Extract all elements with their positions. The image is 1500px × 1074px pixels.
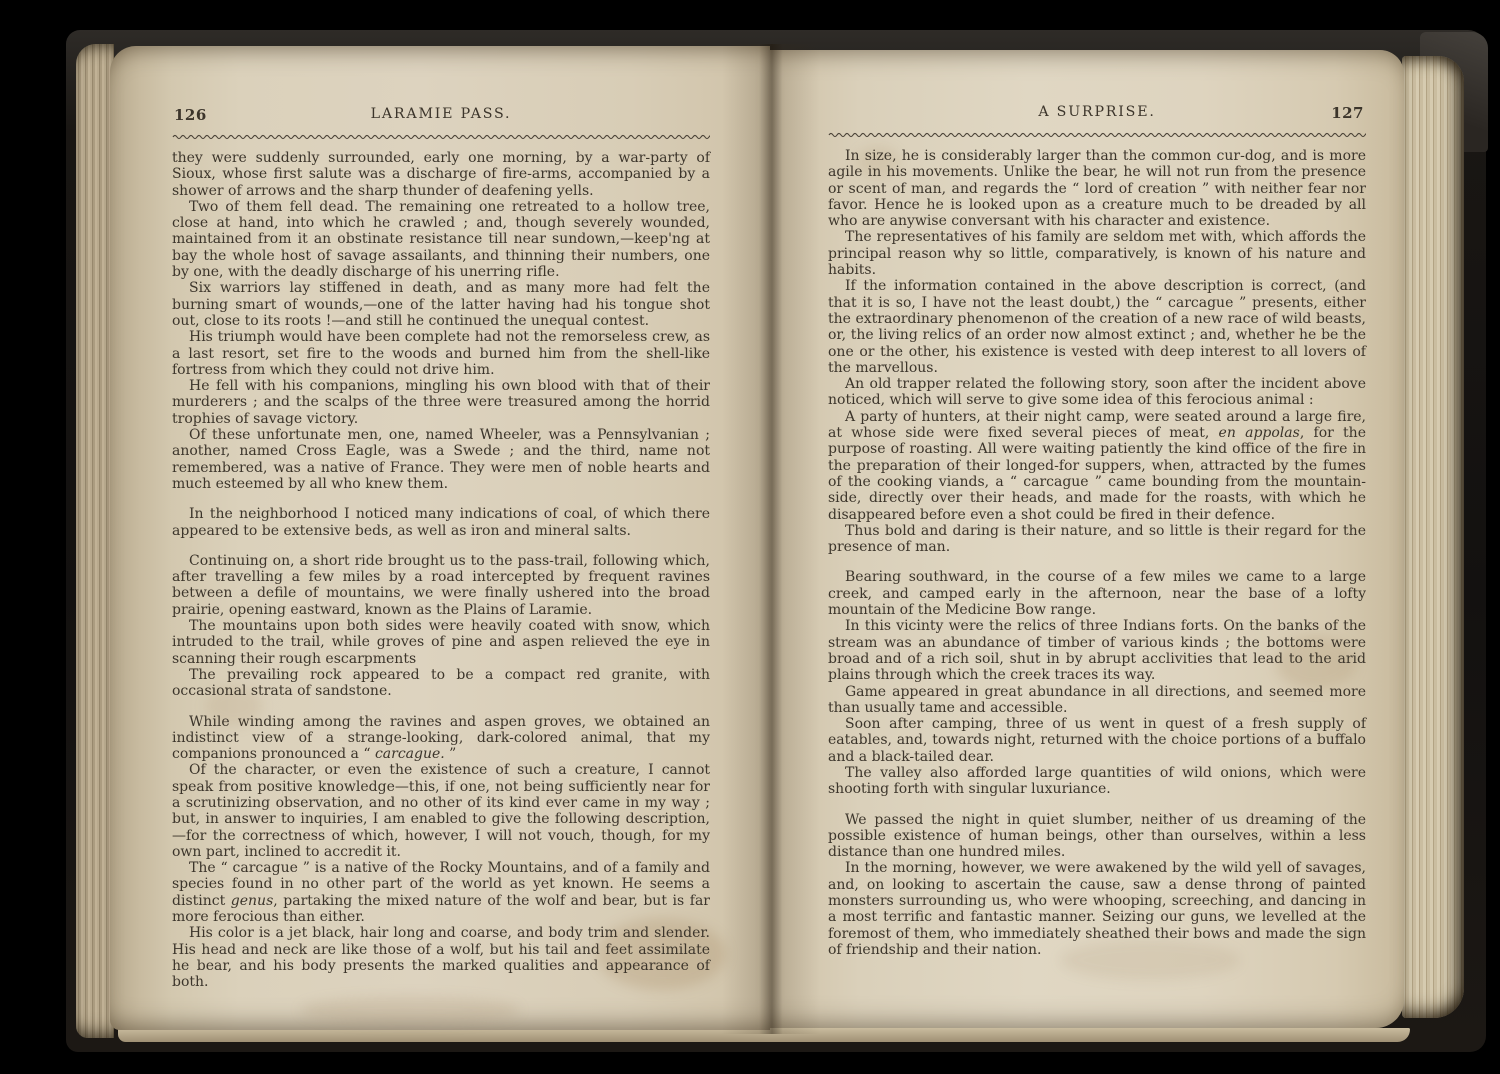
turned-pages-edge-left: [76, 44, 114, 1038]
fore-edge-pages-right: [1402, 56, 1464, 1018]
book-scan-scene: 126 LARAMIE PASS. they were suddenly sur…: [0, 0, 1500, 1074]
page-number-left: 126: [174, 106, 207, 124]
paragraph: He fell with his companions, mingling hi…: [172, 378, 710, 427]
paragraph: We passed the night in quiet slumber, ne…: [828, 812, 1366, 861]
paragraph: An old trapper related the following sto…: [828, 376, 1366, 409]
left-page-text: 126 LARAMIE PASS. they were suddenly sur…: [172, 106, 710, 991]
paragraph: In size, he is considerably larger than …: [828, 148, 1366, 229]
paragraph: In this vicinty were the relics of three…: [828, 618, 1366, 683]
left-page-body: they were suddenly surrounded, early one…: [172, 150, 710, 991]
paragraph: The prevailing rock appeared to be a com…: [172, 667, 710, 700]
paragraph: If the information contained in the abov…: [828, 278, 1366, 376]
paragraph: Continuing on, a short ride brought us t…: [172, 553, 710, 618]
left-page-header: 126 LARAMIE PASS.: [172, 106, 710, 130]
paragraph: While winding among the ravines and aspe…: [172, 714, 710, 763]
paragraph: In the morning, however, we were awakene…: [828, 860, 1366, 958]
paragraph: The mountains upon both sides were heavi…: [172, 618, 710, 667]
page-number-right: 127: [1331, 104, 1364, 122]
paragraph: The “ carcague ” is a native of the Rock…: [172, 860, 710, 925]
paragraph: they were suddenly surrounded, early one…: [172, 150, 710, 199]
wavy-rule-left: [172, 133, 710, 141]
paragraph: The representatives of his family are se…: [828, 229, 1366, 278]
paragraph: His color is a jet black, hair long and …: [172, 925, 710, 990]
paragraph: Of these unfortunate men, one, named Whe…: [172, 427, 710, 492]
paragraph: Thus bold and daring is their nature, an…: [828, 523, 1366, 556]
bottom-page-edge: [118, 1028, 1410, 1042]
wavy-rule-right: [828, 131, 1366, 139]
paragraph: His triumph would have been complete had…: [172, 329, 710, 378]
paragraph: Two of them fell dead. The remaining one…: [172, 199, 710, 280]
paragraph: In the neighborhood I noticed many indic…: [172, 506, 710, 539]
paragraph: Bearing southward, in the course of a fe…: [828, 569, 1366, 618]
running-header-left: LARAMIE PASS.: [172, 106, 710, 122]
running-header-right: A SURPRISE.: [828, 104, 1366, 120]
paragraph: A party of hunters, at their night camp,…: [828, 409, 1366, 523]
paragraph: Soon after camping, three of us went in …: [828, 716, 1366, 765]
paragraph: Game appeared in great abundance in all …: [828, 684, 1366, 717]
paragraph: Of the character, or even the existence …: [172, 762, 710, 860]
right-page-body: In size, he is considerably larger than …: [828, 148, 1366, 958]
right-page-header: A SURPRISE. 127: [828, 104, 1366, 128]
right-page-text: A SURPRISE. 127 In size, he is considera…: [828, 104, 1366, 958]
paragraph: The valley also afforded large quantitie…: [828, 765, 1366, 798]
paragraph: Six warriors lay stiffened in death, and…: [172, 280, 710, 329]
